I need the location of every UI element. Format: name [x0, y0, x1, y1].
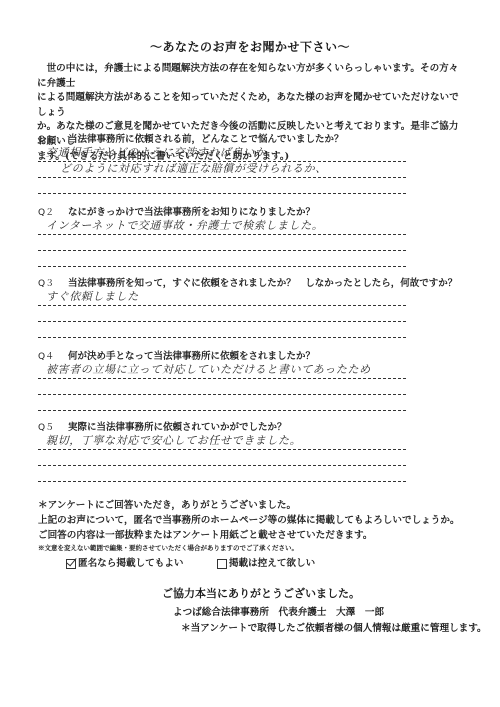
- option-decline[interactable]: 掲載は控えて欲しい: [217, 556, 315, 571]
- closing-message: ご協力本当にありがとうございました。: [162, 585, 360, 601]
- thanks-line: ＊アンケートにご回答いただき，ありがとうございました。: [38, 498, 478, 513]
- answer-line[interactable]: [38, 178, 406, 194]
- answer-line[interactable]: [38, 466, 406, 482]
- answer-line[interactable]: インターネットで交通事故・弁護士で検索しました。: [38, 219, 406, 235]
- question-3: Q３当法律事務所を知って，すぐに依頼をされましたか？ しなかったとしたら，何故で…: [38, 277, 458, 338]
- consent-detail: ご回答の内容は一部抜粋またはアンケート用紙ごと載せさせていただきます。: [38, 528, 478, 543]
- option-label: 掲載は控えて欲しい: [229, 556, 315, 571]
- consent-question: 上記のお声について，匿名で当事務所のホームページ等の媒体に掲載してもよろしいでし…: [38, 513, 478, 528]
- question-4: Q４何が決め手となって当法律事務所に依頼をされましたか？ 被害者の立場に立って対…: [38, 350, 458, 411]
- answer-line[interactable]: [38, 395, 406, 411]
- handwritten-answer: 被害者の立場に立って対応していただけると書いてあったため: [46, 361, 371, 377]
- answer-line[interactable]: 被害者の立場に立って対応していただけると書いてあったため: [38, 363, 406, 379]
- question-1: Q１当法律事務所に依頼される前，どんなことで悩んでいましたか？ 交通相手方とどの…: [38, 133, 458, 194]
- answer-line[interactable]: [38, 251, 406, 267]
- consent-options: 匿名なら掲載してもよい 掲載は控えて欲しい: [38, 556, 478, 574]
- answer-line[interactable]: [38, 450, 406, 466]
- question-2: Q２なにがきっかけで当法律事務所をお知りになりましたか？ インターネットで交通事…: [38, 206, 458, 267]
- handwritten-answer: 親切，丁寧な対応で安心してお任せできました。: [46, 432, 301, 448]
- checkbox-checked-icon[interactable]: [66, 559, 76, 569]
- handwritten-answer: すぐ依頼しました: [46, 288, 139, 304]
- signature: よつば総合法律事務所 代表弁護士 大澤 一郎: [173, 604, 384, 618]
- question-5: Q５実際に当法律事務所に依頼されていかがでしたか？ 親切，丁寧な対応で安心してお…: [38, 421, 458, 482]
- intro-line: による問題解決方法があることを知っていただくため，あなた様のお声を聞かせていただ…: [37, 91, 467, 120]
- answer-line[interactable]: [38, 379, 406, 395]
- privacy-note: ＊当アンケートで取得したご依頼者様の個人情報は厳重に管理します。: [181, 620, 487, 634]
- page-title: ～あなたのお声をお聞かせ下さい～: [0, 38, 500, 55]
- answer-line[interactable]: [38, 235, 406, 251]
- option-anonymous-ok[interactable]: 匿名なら掲載してもよい: [66, 556, 184, 571]
- answer-line[interactable]: 親切，丁寧な対応で安心してお任せできました。: [38, 434, 406, 450]
- intro-line: 世の中には，弁護士による問題解決方法の存在を知らない方が多くいらっしゃいます。そ…: [37, 62, 467, 91]
- edit-note: ※文意を変えない範囲で編集・要約させていただく場合がありますのでご了承ください。: [38, 543, 478, 554]
- checkbox-icon[interactable]: [217, 559, 227, 569]
- handwritten-answer: どのように対応すれば適正な賠償が受けられるか、: [60, 160, 327, 176]
- answer-line[interactable]: すぐ依頼しました: [38, 290, 406, 306]
- consent-section: ＊アンケートにご回答いただき，ありがとうございました。 上記のお声について，匿名…: [38, 498, 478, 574]
- handwritten-answer: 交通相手方とどのように交渉すれば良いか、: [46, 144, 278, 160]
- handwritten-answer: インターネットで交通事故・弁護士で検索しました。: [46, 217, 323, 233]
- answer-line[interactable]: [38, 306, 406, 322]
- answer-line[interactable]: どのように対応すれば適正な賠償が受けられるか、: [38, 162, 406, 178]
- answer-line[interactable]: [38, 322, 406, 338]
- option-label: 匿名なら掲載してもよい: [78, 556, 184, 571]
